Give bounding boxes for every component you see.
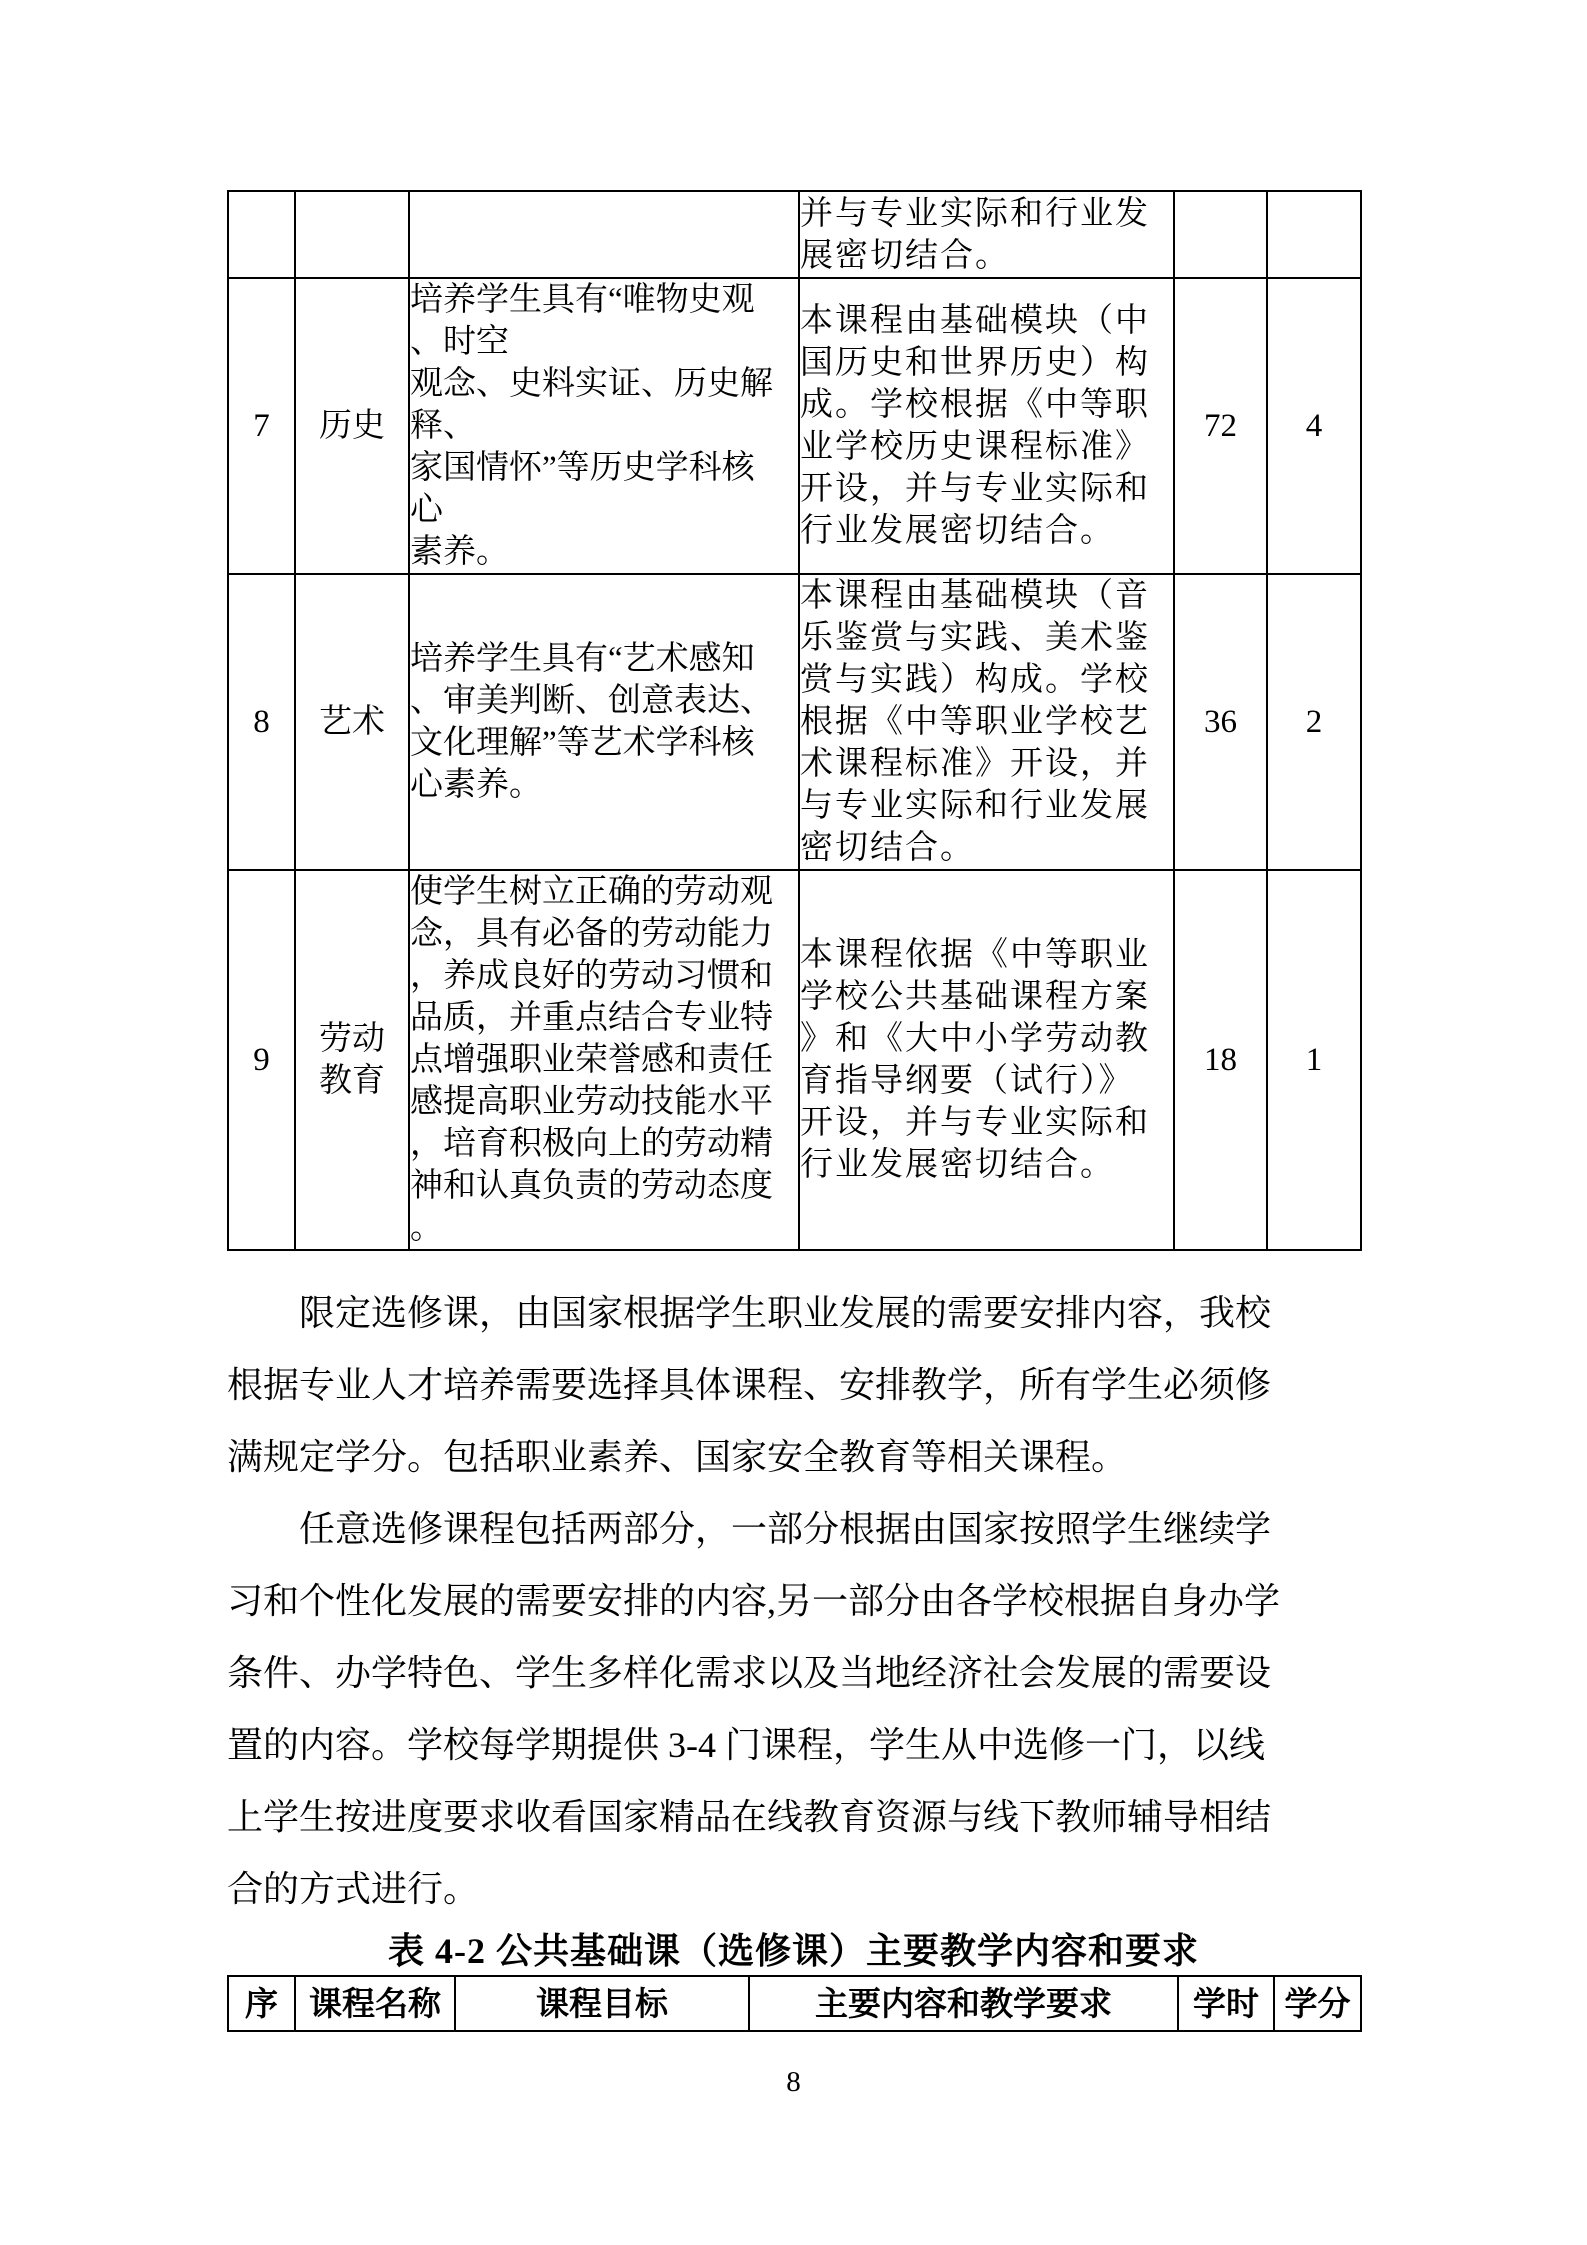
table-row: 并与专业实际和行业发 展密切结合。: [228, 191, 1361, 278]
page-number: 8: [0, 2066, 1587, 2099]
cell-seq: 7: [228, 278, 295, 574]
elective-course-table-header: 序 课程名称 课程目标 主要内容和教学要求 学时 学分: [227, 1975, 1362, 2032]
cell-hours: 18: [1174, 870, 1267, 1250]
cell-credits: 4: [1267, 278, 1361, 574]
cell-content: 本课程依据《中等职业 学校公共基础课程方案 》和《大中小学劳动教 育指导纲要（试…: [799, 870, 1174, 1250]
table-caption: 表 4-2 公共基础课（选修课）主要教学内容和要求: [227, 1927, 1360, 1975]
cell-seq: [228, 191, 295, 278]
body-text: 限定选修课，由国家根据学生职业发展的需要安排内容，我校 根据专业人才培养需要选择…: [227, 1277, 1360, 1925]
cell-credits: 2: [1267, 574, 1361, 870]
page-content: 并与专业实际和行业发 展密切结合。 7 历史 培养学生具有“唯物史观 、时空 观…: [227, 0, 1360, 2032]
cell-seq: 9: [228, 870, 295, 1250]
header-credits: 学分: [1274, 1976, 1361, 2031]
cell-course-name: 劳动 教育: [295, 870, 409, 1250]
cell-hours: 36: [1174, 574, 1267, 870]
paragraph: 任意选修课程包括两部分，一部分根据由国家按照学生继续学 习和个性化发展的需要安排…: [227, 1493, 1360, 1925]
cell-course-name: 历史: [295, 278, 409, 574]
cell-goal: 培养学生具有“艺术感知 、审美判断、创意表达、 文化理解”等艺术学科核 心素养。: [409, 574, 799, 870]
cell-course-name: [295, 191, 409, 278]
table-row: 8 艺术 培养学生具有“艺术感知 、审美判断、创意表达、 文化理解”等艺术学科核…: [228, 574, 1361, 870]
paragraph: 限定选修课，由国家根据学生职业发展的需要安排内容，我校 根据专业人才培养需要选择…: [227, 1277, 1360, 1493]
cell-content: 本课程由基础模块（中 国历史和世界历史）构 成。学校根据《中等职 业学校历史课程…: [799, 278, 1174, 574]
header-hours: 学时: [1178, 1976, 1274, 2031]
cell-goal: [409, 191, 799, 278]
table-row: 7 历史 培养学生具有“唯物史观 、时空 观念、史料实证、历史解 释、 家国情怀…: [228, 278, 1361, 574]
cell-credits: [1267, 191, 1361, 278]
course-table: 并与专业实际和行业发 展密切结合。 7 历史 培养学生具有“唯物史观 、时空 观…: [227, 190, 1362, 1251]
cell-goal: 使学生树立正确的劳动观 念，具有必备的劳动能力 ，养成良好的劳动习惯和 品质，并…: [409, 870, 799, 1250]
header-row: 序 课程名称 课程目标 主要内容和教学要求 学时 学分: [228, 1976, 1361, 2031]
header-goal: 课程目标: [455, 1976, 749, 2031]
header-seq: 序: [228, 1976, 295, 2031]
cell-content: 并与专业实际和行业发 展密切结合。: [799, 191, 1174, 278]
header-course-name: 课程名称: [295, 1976, 455, 2031]
cell-goal: 培养学生具有“唯物史观 、时空 观念、史料实证、历史解 释、 家国情怀”等历史学…: [409, 278, 799, 574]
cell-credits: 1: [1267, 870, 1361, 1250]
cell-content: 本课程由基础模块（音 乐鉴赏与实践、美术鉴 赏与实践）构成。学校 根据《中等职业…: [799, 574, 1174, 870]
cell-hours: 72: [1174, 278, 1267, 574]
cell-seq: 8: [228, 574, 295, 870]
cell-course-name: 艺术: [295, 574, 409, 870]
document-page: 并与专业实际和行业发 展密切结合。 7 历史 培养学生具有“唯物史观 、时空 观…: [0, 0, 1587, 2245]
header-content: 主要内容和教学要求: [749, 1976, 1178, 2031]
table-row: 9 劳动 教育 使学生树立正确的劳动观 念，具有必备的劳动能力 ，养成良好的劳动…: [228, 870, 1361, 1250]
cell-hours: [1174, 191, 1267, 278]
